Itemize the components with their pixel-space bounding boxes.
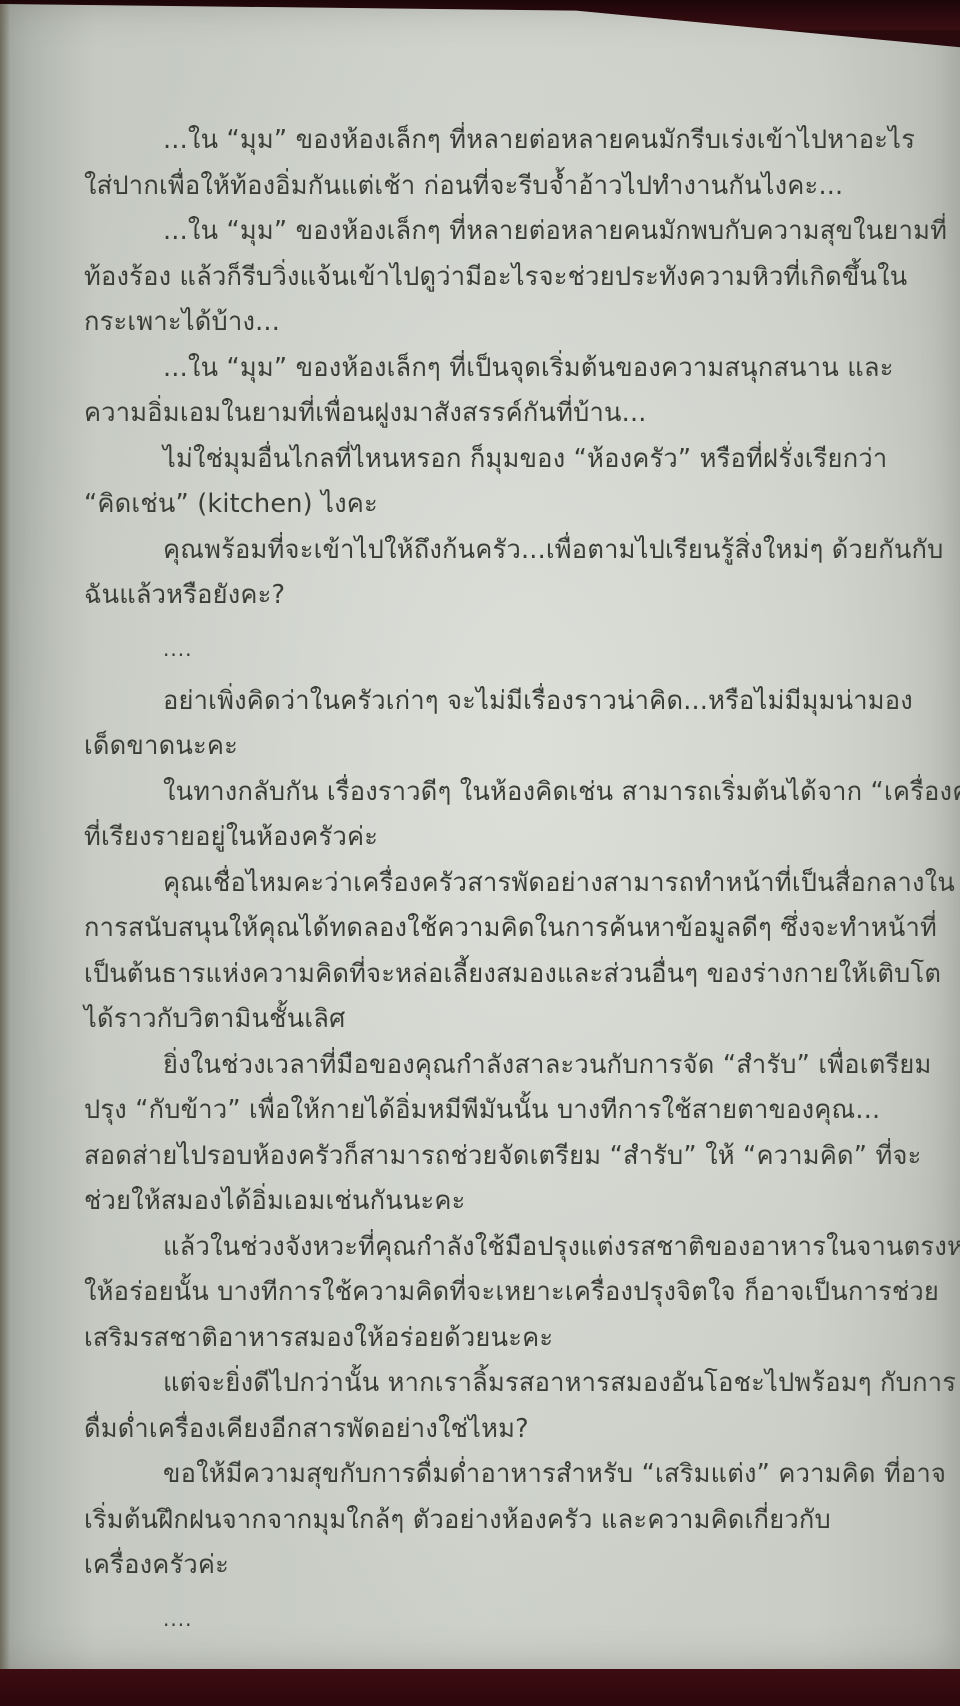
text-line: กระเพาะได้บ้าง...: [84, 300, 960, 346]
text-line: ท้องร้อง แล้วก็รีบวิ่งแจ้นเข้าไปดูว่ามีอ…: [84, 255, 960, 301]
paragraph: ยิ่งในช่วงเวลาที่มือของคุณกำลังสาละวนกับ…: [84, 1043, 960, 1225]
paragraph: ในทางกลับกัน เรื่องราวดีๆ ในห้องคิดเช่น …: [84, 770, 960, 861]
text-line: “คิดเช่น” (kitchen) ไงคะ: [84, 482, 960, 528]
text-line: ...ใน “มุม” ของห้องเล็กๆ ที่หลายต่อหลายค…: [84, 118, 960, 164]
text-line: อย่าเพิ่งคิดว่าในครัวเก่าๆ จะไม่มีเรื่อง…: [84, 679, 960, 725]
text-line: ได้ราวกับวิตามินชั้นเลิศ: [84, 997, 960, 1043]
paragraph: คุณพร้อมที่จะเข้าไปให้ถึงก้นครัว...เพื่อ…: [84, 528, 960, 619]
text-line: การสนับสนุนให้คุณได้ทดลองใช้ความคิดในการ…: [84, 906, 960, 952]
text-line: ไม่ใช่มุมอื่นไกลที่ไหนหรอก ก็มุมของ “ห้อ…: [84, 437, 960, 483]
text-line: ที่เรียงรายอยู่ในห้องครัวค่ะ: [84, 815, 960, 861]
text-line: ความอิ่มเอมในยามที่เพื่อนฝูงมาสังสรรค์กั…: [84, 391, 960, 437]
paragraph: อย่าเพิ่งคิดว่าในครัวเก่าๆ จะไม่มีเรื่อง…: [84, 679, 960, 770]
text-line: เริ่มต้นฝึกฝนจากจากมุมใกล้ๆ ตัวอย่างห้อง…: [84, 1498, 960, 1544]
paragraph: คุณเชื่อไหมคะว่าเครื่องครัวสารพัดอย่างสา…: [84, 861, 960, 1043]
page-spine-shadow: [0, 4, 10, 1669]
section-separator: ....: [84, 619, 960, 679]
paragraph: ...ใน “มุม” ของห้องเล็กๆ ที่หลายต่อหลายค…: [84, 209, 960, 346]
text-line: ขอให้มีความสุขกับการดื่มด่ำอาหารสำหรับ “…: [84, 1452, 960, 1498]
text-line: สอดส่ายไปรอบห้องครัวก็สามารถช่วยจัดเตรีย…: [84, 1134, 960, 1180]
text-line: เด็ดขาดนะคะ: [84, 724, 960, 770]
text-line: แต่จะยิ่งดีไปกว่านั้น หากเราลิ้มรสอาหารส…: [84, 1361, 960, 1407]
text-line: ฉันแล้วหรือยังคะ?: [84, 573, 960, 619]
text-line: ดื่มด่ำเครื่องเคียงอีกสารพัดอย่างใช่ไหม?: [84, 1407, 960, 1453]
text-line: ช่วยให้สมองได้อิ่มเอมเช่นกันนะคะ: [84, 1179, 960, 1225]
section-separator: ....: [84, 1589, 960, 1649]
paragraph: ...ใน “มุม” ของห้องเล็กๆ ที่เป็นจุดเริ่ม…: [84, 346, 960, 437]
text-line: แล้วในช่วงจังหวะที่คุณกำลังใช้มือปรุงแต่…: [84, 1225, 960, 1271]
text-line: คุณเชื่อไหมคะว่าเครื่องครัวสารพัดอย่างสา…: [84, 861, 960, 907]
paragraph: แต่จะยิ่งดีไปกว่านั้น หากเราลิ้มรสอาหารส…: [84, 1361, 960, 1452]
text-line: เครื่องครัวค่ะ: [84, 1543, 960, 1589]
text-line: ...ใน “มุม” ของห้องเล็กๆ ที่เป็นจุดเริ่ม…: [84, 346, 960, 392]
text-line: ...ใน “มุม” ของห้องเล็กๆ ที่หลายต่อหลายค…: [84, 209, 960, 255]
page-body-text: ...ใน “มุม” ของห้องเล็กๆ ที่หลายต่อหลายค…: [84, 118, 960, 1649]
text-line: ใส่ปากเพื่อให้ท้องอิ่มกันแต่เช้า ก่อนที่…: [84, 164, 960, 210]
paragraph: ไม่ใช่มุมอื่นไกลที่ไหนหรอก ก็มุมของ “ห้อ…: [84, 437, 960, 528]
text-line: ให้อร่อยนั้น บางทีการใช้ความคิดที่จะเหยา…: [84, 1270, 960, 1316]
text-line: ปรุง “กับข้าว” เพื่อให้กายได้อิ่มหมีพีมั…: [84, 1088, 960, 1134]
paragraph: ...ใน “มุม” ของห้องเล็กๆ ที่หลายต่อหลายค…: [84, 118, 960, 209]
paragraph: ขอให้มีความสุขกับการดื่มด่ำอาหารสำหรับ “…: [84, 1452, 960, 1589]
paragraph: แล้วในช่วงจังหวะที่คุณกำลังใช้มือปรุงแต่…: [84, 1225, 960, 1362]
background-surface-bottom: [0, 1669, 960, 1706]
text-line: คุณพร้อมที่จะเข้าไปให้ถึงก้นครัว...เพื่อ…: [84, 528, 960, 574]
text-line: เป็นต้นธารแห่งความคิดที่จะหล่อเลี้ยงสมอง…: [84, 952, 960, 998]
text-line: ยิ่งในช่วงเวลาที่มือของคุณกำลังสาละวนกับ…: [84, 1043, 960, 1089]
text-line: เสริมรสชาติอาหารสมองให้อร่อยด้วยนะคะ: [84, 1316, 960, 1362]
text-line: ในทางกลับกัน เรื่องราวดีๆ ในห้องคิดเช่น …: [84, 770, 960, 816]
